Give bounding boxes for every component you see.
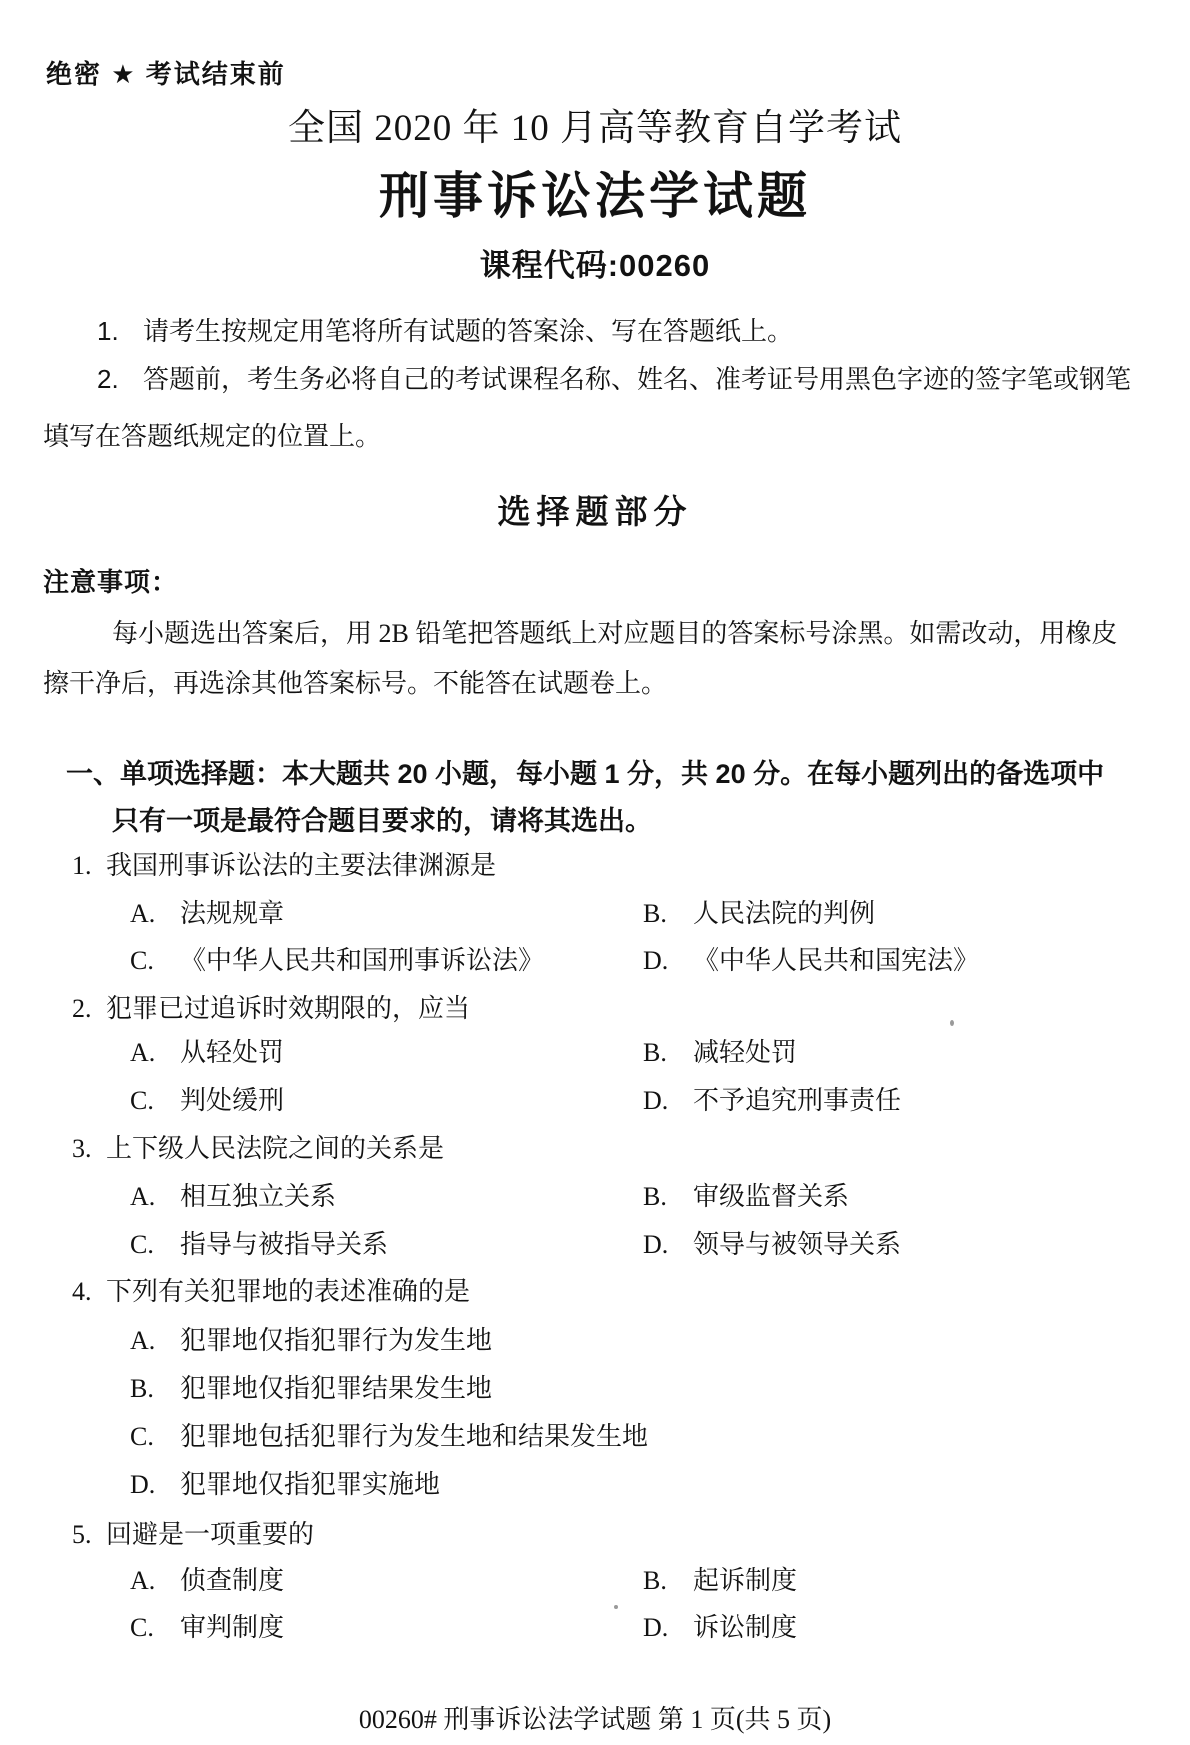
option-text: 人民法院的判例	[693, 899, 875, 928]
option-item: D.领导与被领导关系	[643, 1224, 901, 1261]
option-label: A.	[130, 1566, 180, 1596]
option-text: 起诉制度	[693, 1566, 797, 1595]
option-item: B.人民法院的判例	[643, 893, 875, 930]
option-item: A.相互独立关系	[130, 1176, 643, 1213]
instruction-item-2: 2.答题前，考生务必将自己的考试课程名称、姓名、准考证号用黑色字迹的签字笔或钢笔	[97, 366, 1131, 392]
option-text: 犯罪地仅指犯罪实施地	[180, 1470, 440, 1499]
notice-line-2: 擦干净后，再选涂其他答案标号。不能答在试题卷上。	[43, 663, 667, 700]
option-item: C.审判制度	[130, 1607, 643, 1644]
question-4-option-a: A.犯罪地仅指犯罪行为发生地	[130, 1320, 492, 1357]
option-item: C.判处缓刑	[130, 1080, 643, 1117]
option-item: C.指导与被指导关系	[130, 1224, 643, 1261]
exam-title: 全国 2020 年 10 月高等教育自学考试	[0, 97, 1190, 151]
option-text: 《中华人民共和国宪法》	[693, 946, 979, 975]
question-4-option-d: D.犯罪地仅指犯罪实施地	[130, 1464, 440, 1501]
option-text: 领导与被领导关系	[693, 1230, 901, 1259]
option-text: 《中华人民共和国刑事诉讼法》	[180, 946, 544, 975]
question-4-option-b: B.犯罪地仅指犯罪结果发生地	[130, 1368, 492, 1405]
question-4-stem: 4.下列有关犯罪地的表述准确的是	[72, 1271, 470, 1308]
option-item: A.犯罪地仅指犯罪行为发生地	[130, 1320, 492, 1357]
page-footer: 00260# 刑事诉讼法学试题 第 1 页(共 5 页)	[0, 1699, 1190, 1736]
option-label: D.	[130, 1470, 180, 1500]
question-2-options-cd: C.判处缓刑 D.不予追究刑事责任	[130, 1080, 901, 1117]
option-item: D.《中华人民共和国宪法》	[643, 940, 979, 977]
question-1-options-ab: A.法规规章 B.人民法院的判例	[130, 893, 875, 930]
notice-line-1: 每小题选出答案后，用 2B 铅笔把答题纸上对应题目的答案标号涂黑。如需改动，用橡…	[112, 613, 1117, 650]
question-number: 2.	[72, 994, 106, 1024]
question-1-stem: 1.我国刑事诉讼法的主要法律渊源是	[72, 845, 496, 882]
option-label: A.	[130, 899, 180, 929]
option-item: B.减轻处罚	[643, 1032, 797, 1069]
question-5-options-ab: A.侦查制度 B.起诉制度	[130, 1560, 797, 1597]
course-code: 课程代码:00260	[0, 240, 1190, 285]
option-label: C.	[130, 1086, 180, 1116]
option-item: A.法规规章	[130, 893, 643, 930]
scan-speck	[950, 1020, 954, 1026]
question-number: 5.	[72, 1520, 106, 1550]
option-label: C.	[130, 1230, 180, 1260]
option-text: 从轻处罚	[180, 1038, 284, 1067]
notice-heading: 注意事项：	[43, 562, 178, 599]
option-label: C.	[130, 946, 180, 976]
section-title: 选择题部分	[0, 486, 1190, 533]
question-4-option-c: C.犯罪地包括犯罪行为发生地和结果发生地	[130, 1416, 648, 1453]
classification-banner: 绝密 ★ 考试结束前	[46, 54, 286, 91]
option-text: 判处缓刑	[180, 1086, 284, 1115]
option-item: B.犯罪地仅指犯罪结果发生地	[130, 1368, 492, 1405]
option-item: D.犯罪地仅指犯罪实施地	[130, 1464, 440, 1501]
question-text: 犯罪已过追诉时效期限的，应当	[106, 994, 470, 1023]
option-label: D.	[643, 1613, 693, 1643]
option-text: 犯罪地仅指犯罪结果发生地	[180, 1374, 492, 1403]
option-label: B.	[643, 1182, 693, 1212]
question-5-options-cd: C.审判制度 D.诉讼制度	[130, 1607, 797, 1644]
option-label: C.	[130, 1613, 180, 1643]
option-label: A.	[130, 1038, 180, 1068]
question-3-options-cd: C.指导与被指导关系 D.领导与被领导关系	[130, 1224, 901, 1261]
option-item: C.《中华人民共和国刑事诉讼法》	[130, 940, 643, 977]
question-3-options-ab: A.相互独立关系 B.审级监督关系	[130, 1176, 849, 1213]
option-item: D.不予追究刑事责任	[643, 1080, 901, 1117]
question-text: 上下级人民法院之间的关系是	[106, 1134, 444, 1163]
instruction-text: 请考生按规定用笔将所有试题的答案涂、写在答题纸上。	[143, 316, 793, 346]
option-text: 犯罪地仅指犯罪行为发生地	[180, 1326, 492, 1355]
question-text: 回避是一项重要的	[106, 1520, 314, 1549]
option-text: 减轻处罚	[693, 1038, 797, 1067]
instruction-number: 2.	[97, 366, 143, 392]
option-item: B.起诉制度	[643, 1560, 797, 1597]
instruction-text: 答题前，考生务必将自己的考试课程名称、姓名、准考证号用黑色字迹的签字笔或钢笔	[143, 364, 1131, 394]
question-text: 我国刑事诉讼法的主要法律渊源是	[106, 851, 496, 880]
option-item: A.从轻处罚	[130, 1032, 643, 1069]
question-number: 4.	[72, 1277, 106, 1307]
option-text: 不予追究刑事责任	[693, 1086, 901, 1115]
option-label: D.	[643, 1086, 693, 1116]
option-item: C.犯罪地包括犯罪行为发生地和结果发生地	[130, 1416, 648, 1453]
option-text: 犯罪地包括犯罪行为发生地和结果发生地	[180, 1422, 648, 1451]
part1-heading-line1: 一、单项选择题：本大题共 20 小题，每小题 1 分，共 20 分。在每小题列出…	[66, 752, 1104, 791]
question-number: 1.	[72, 851, 106, 881]
option-label: D.	[643, 946, 693, 976]
part1-heading-line2: 只有一项是最符合题目要求的，请将其选出。	[112, 799, 652, 838]
option-text: 审判制度	[180, 1613, 284, 1642]
option-text: 法规规章	[180, 899, 284, 928]
question-5-stem: 5.回避是一项重要的	[72, 1514, 314, 1551]
option-text: 侦查制度	[180, 1566, 284, 1595]
scan-speck	[614, 1605, 618, 1609]
question-number: 3.	[72, 1134, 106, 1164]
question-text: 下列有关犯罪地的表述准确的是	[106, 1277, 470, 1306]
option-item: D.诉讼制度	[643, 1607, 797, 1644]
instruction-item-2-continued: 填写在答题纸规定的位置上。	[43, 416, 381, 453]
question-2-stem: 2.犯罪已过追诉时效期限的，应当	[72, 988, 470, 1025]
option-label: A.	[130, 1182, 180, 1212]
instruction-item-1: 1.请考生按规定用笔将所有试题的答案涂、写在答题纸上。	[97, 318, 793, 344]
question-3-stem: 3.上下级人民法院之间的关系是	[72, 1128, 444, 1165]
option-item: A.侦查制度	[130, 1560, 643, 1597]
paper-title: 刑事诉讼法学试题	[0, 156, 1190, 228]
option-label: B.	[643, 1038, 693, 1068]
option-text: 相互独立关系	[180, 1182, 336, 1211]
option-text: 审级监督关系	[693, 1182, 849, 1211]
question-1-options-cd: C.《中华人民共和国刑事诉讼法》 D.《中华人民共和国宪法》	[130, 940, 979, 977]
option-label: B.	[643, 899, 693, 929]
exam-paper-page: 绝密 ★ 考试结束前 全国 2020 年 10 月高等教育自学考试 刑事诉讼法学…	[0, 0, 1190, 1745]
option-label: B.	[130, 1374, 180, 1404]
option-label: B.	[643, 1566, 693, 1596]
option-text: 诉讼制度	[693, 1613, 797, 1642]
option-item: B.审级监督关系	[643, 1176, 849, 1213]
option-label: D.	[643, 1230, 693, 1260]
option-text: 指导与被指导关系	[180, 1230, 388, 1259]
option-label: A.	[130, 1326, 180, 1356]
option-label: C.	[130, 1422, 180, 1452]
question-2-options-ab: A.从轻处罚 B.减轻处罚	[130, 1032, 797, 1069]
instruction-number: 1.	[97, 318, 143, 344]
